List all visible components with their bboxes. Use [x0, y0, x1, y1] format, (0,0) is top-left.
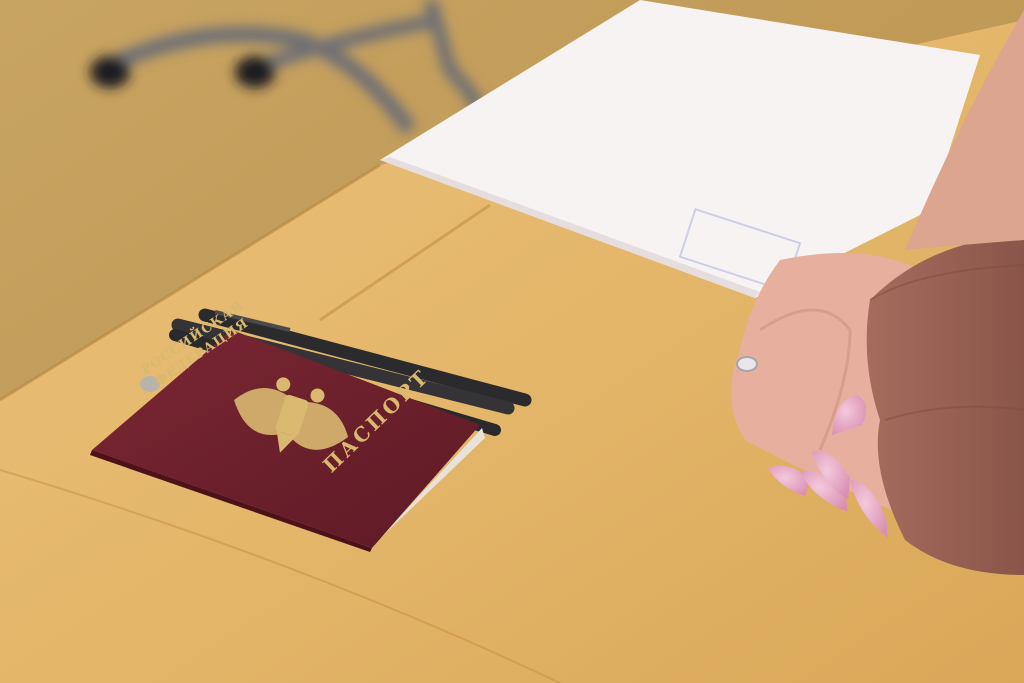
scene-illustration — [0, 0, 1024, 683]
photo-scene: РОССИЙСКАЯ ФЕДЕРАЦИЯ ПАСПОРТ — [0, 0, 1024, 683]
ring — [737, 357, 757, 371]
